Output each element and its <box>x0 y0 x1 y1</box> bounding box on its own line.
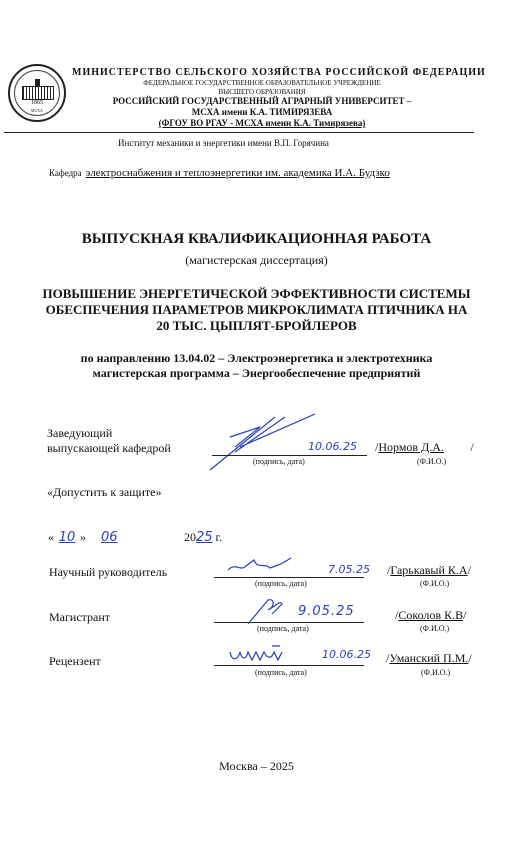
supervisor-role: Научный руководитель <box>49 565 167 580</box>
head-sign-date: 10.06.25 <box>308 440 357 453</box>
university-seal-icon: 1865 МСХА <box>8 64 66 122</box>
reviewer-signature-line <box>214 665 364 666</box>
admit-day: 10 <box>54 530 80 545</box>
university-abbr: (ФГОУ ВО РГАУ - МСХА имени К.А. Тимирязе… <box>72 118 452 128</box>
student-sign-caption: (подпись, дата) <box>257 624 309 633</box>
institution-type-2: ВЫСШЕГО ОБРАЗОВАНИЯ <box>72 88 452 96</box>
supervisor-sign-caption: (подпись, дата) <box>255 579 307 588</box>
reviewer-role: Рецензент <box>49 654 101 669</box>
department-line: Кафедра электроснабжения и теплоэнергети… <box>49 163 390 181</box>
university-name-2: МСХА имени К.А. ТИМИРЯЗЕВА <box>72 107 452 117</box>
university-name: РОССИЙСКИЙ ГОСУДАРСТВЕННЫЙ АГРАРНЫЙ УНИВ… <box>72 96 452 106</box>
work-type: ВЫПУСКНАЯ КВАЛИФИКАЦИОННАЯ РАБОТА <box>0 231 513 248</box>
institution-type-1: ФЕДЕРАЛЬНОЕ ГОСУДАРСТВЕННОЕ ОБРАЗОВАТЕЛЬ… <box>72 79 452 87</box>
supervisor-signature-line <box>214 577 364 578</box>
city-year: Москва – 2025 <box>0 759 513 774</box>
reviewer-name-caption: (Ф.И.О.) <box>421 668 450 677</box>
department-name: электроснабжения и теплоэнергетики им. а… <box>86 167 390 179</box>
thesis-title-line-2: ОБЕСПЕЧЕНИЯ ПАРАМЕТРОВ МИКРОКЛИМАТА ПТИЧ… <box>0 302 513 318</box>
supervisor-sign-date: 7.05.25 <box>328 563 370 576</box>
supervisor-signature-icon <box>226 556 306 576</box>
header-divider <box>4 132 474 133</box>
direction: по направлению 13.04.02 – Электроэнергет… <box>0 351 513 366</box>
admit-date-line: «10» 06 2025 г. <box>48 530 222 545</box>
head-role-line-1: Заведующий <box>47 426 112 441</box>
student-signature-line <box>214 622 364 623</box>
student-name: /Соколов К.В/ <box>395 608 466 623</box>
head-name-caption: (Ф.И.О.) <box>417 457 446 466</box>
reviewer-sign-caption: (подпись, дата) <box>255 668 307 677</box>
work-subtype: (магистерская диссертация) <box>0 253 513 268</box>
head-signature-line <box>212 455 367 456</box>
institute-name: Институт механики и энергетики имени В.П… <box>118 138 329 148</box>
student-sign-date: 9.05.25 <box>298 604 355 619</box>
supervisor-name: /Гарькавый К.А/ <box>387 563 471 578</box>
supervisor-name-caption: (Ф.И.О.) <box>420 579 449 588</box>
head-name: /Нормов Д.А./ <box>375 440 474 455</box>
student-role: Магистрант <box>49 610 110 625</box>
department-label: Кафедра <box>49 168 82 178</box>
reviewer-sign-date: 10.06.25 <box>322 648 371 661</box>
program: магистерская программа – Энергообеспечен… <box>0 366 513 381</box>
thesis-title-line-3: 20 ТЫС. ЦЫПЛЯТ-БРОЙЛЕРОВ <box>0 318 513 334</box>
admit-year: 25 <box>196 530 213 545</box>
admit-month: 06 <box>89 530 181 545</box>
head-role-line-2: выпускающей кафедрой <box>47 441 171 456</box>
admit-label: «Допустить к защите» <box>47 485 161 500</box>
head-sign-caption: (подпись, дата) <box>253 457 305 466</box>
student-name-caption: (Ф.И.О.) <box>420 624 449 633</box>
ministry-title: МИНИСТЕРСТВО СЕЛЬСКОГО ХОЗЯЙСТВА РОССИЙС… <box>72 67 452 78</box>
thesis-title-line-1: ПОВЫШЕНИЕ ЭНЕРГЕТИЧЕСКОЙ ЭФФЕКТИВНОСТИ С… <box>0 286 513 302</box>
reviewer-signature-icon <box>228 644 288 664</box>
reviewer-name: /Уманский П.М./ <box>386 651 472 666</box>
